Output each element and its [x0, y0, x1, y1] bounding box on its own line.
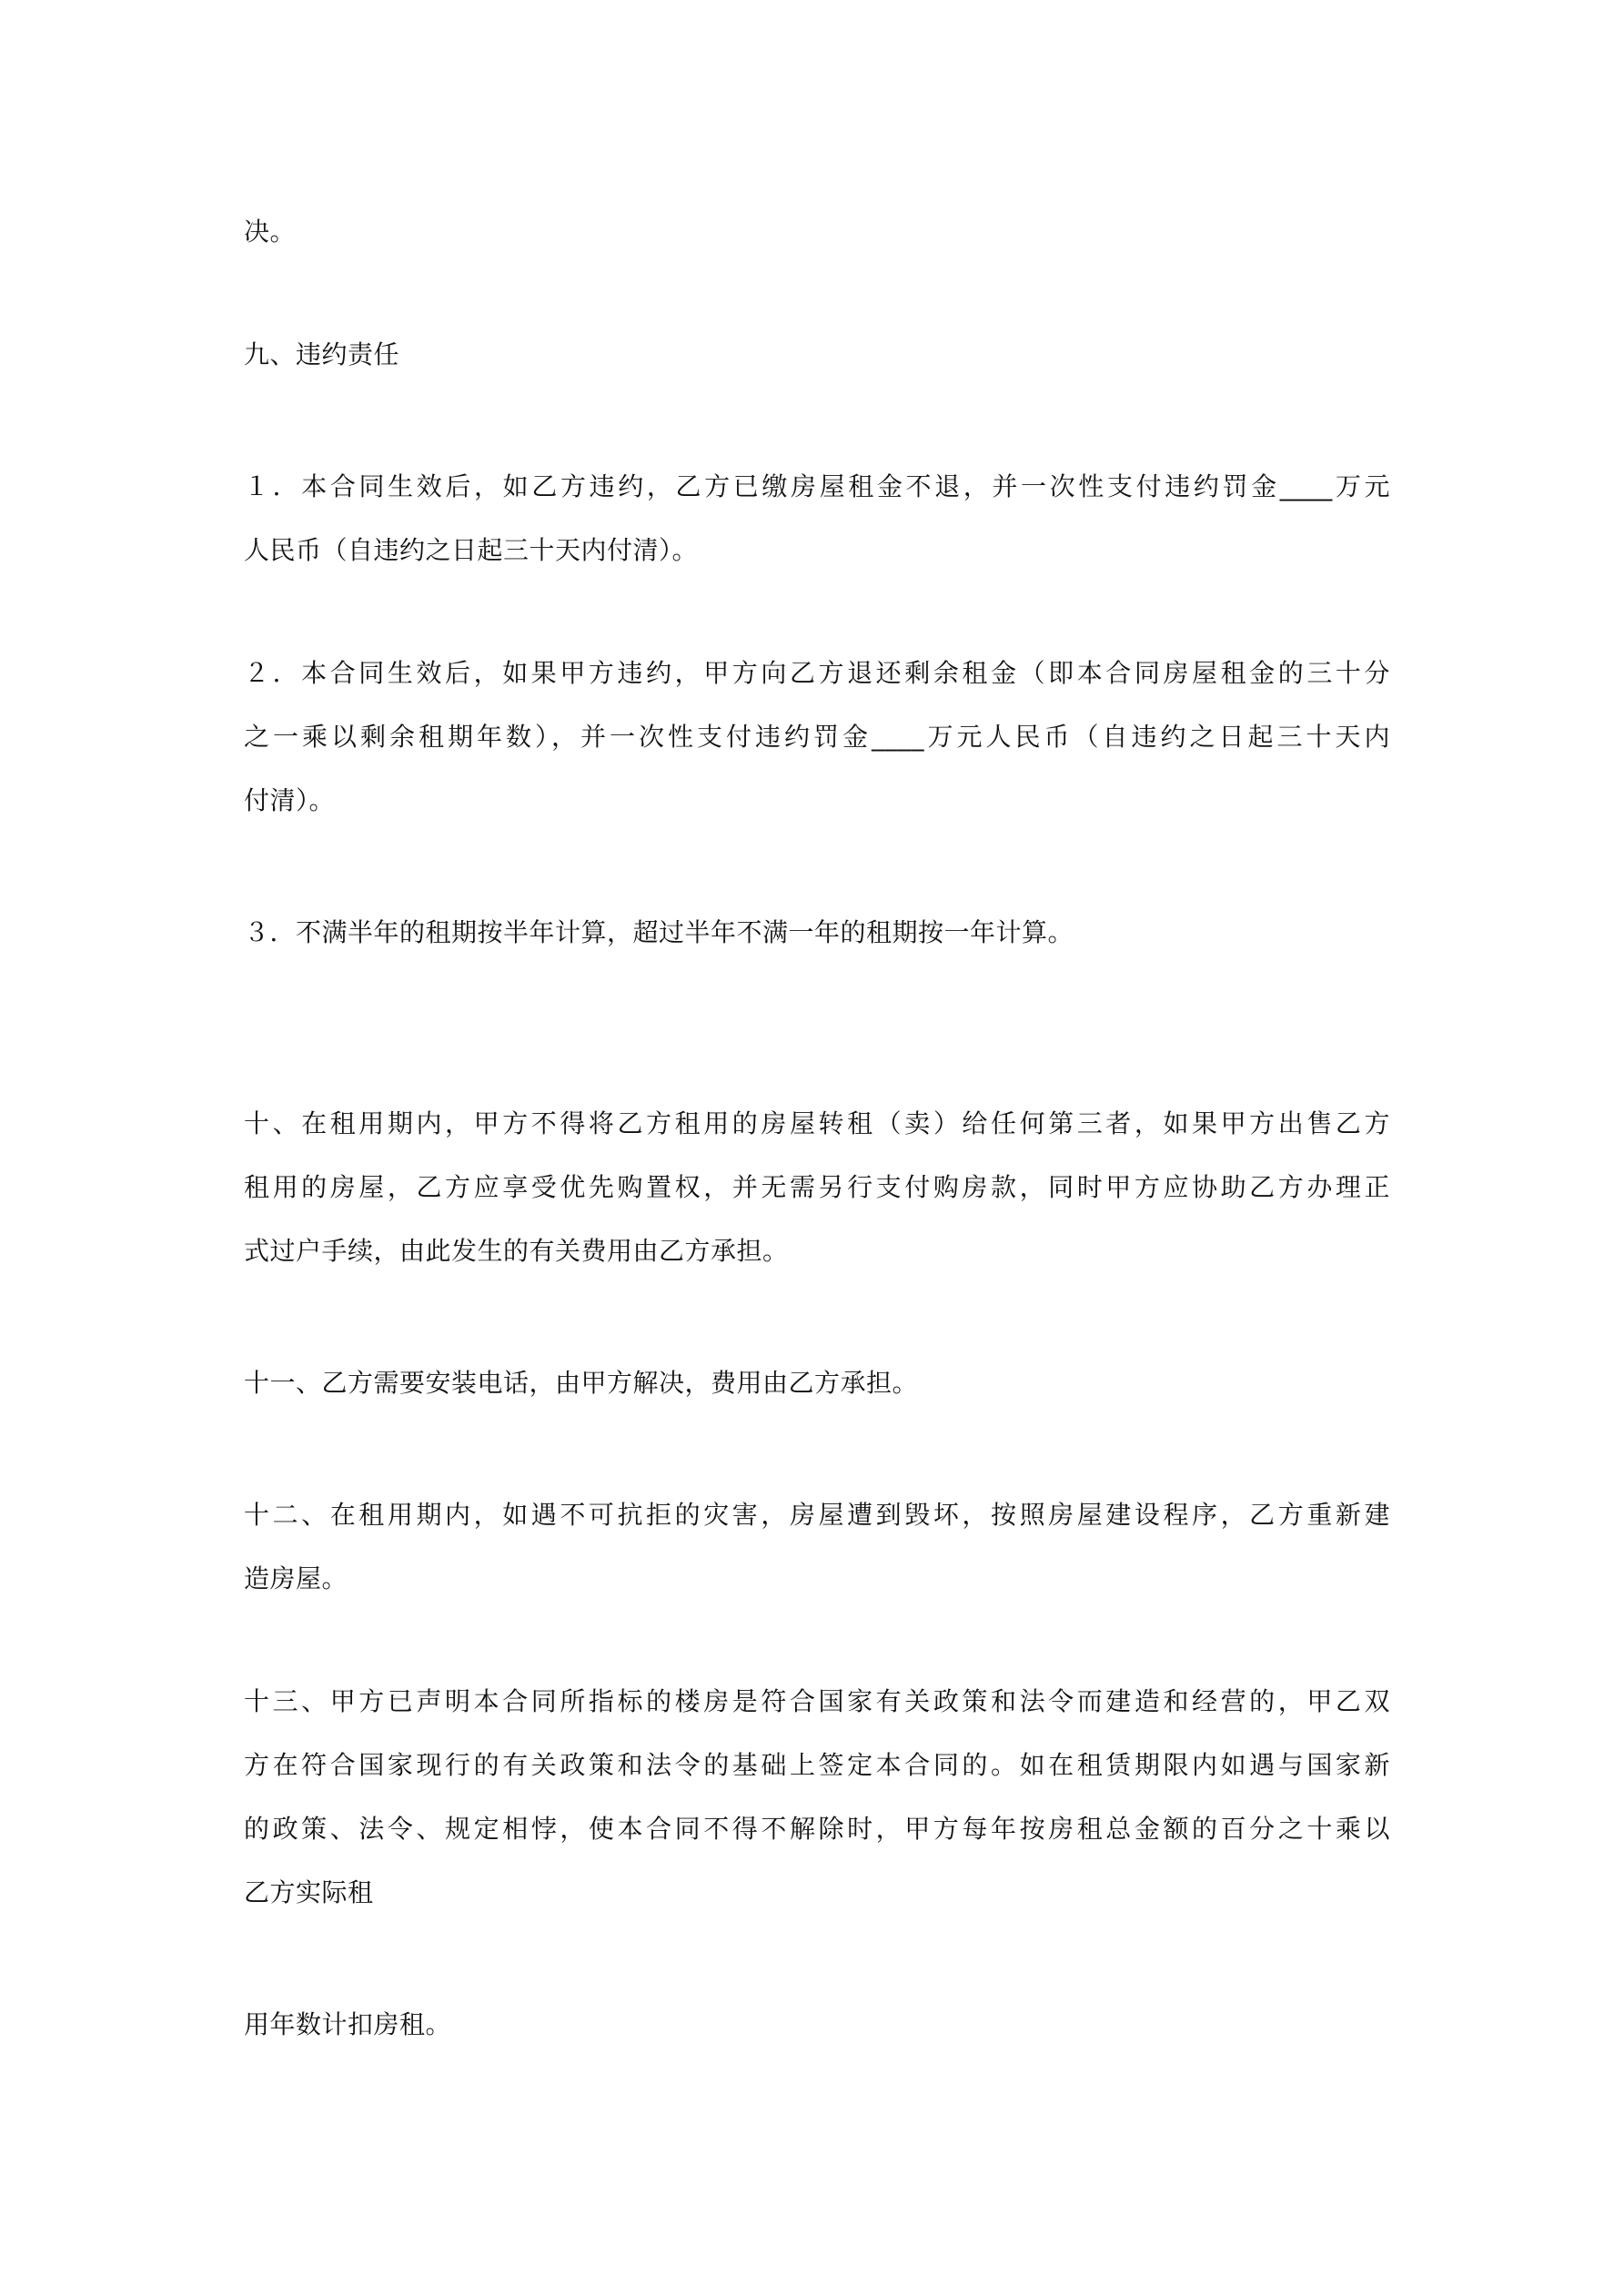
- section-10-line-1: 十、在租用期内，甲方不得将乙方租用的房屋转租（卖）给任何第三者，如果甲方出售乙方: [244, 1108, 1390, 1139]
- section-12-line-1: 十二、在租用期内，如遇不可抗拒的灾害，房屋遭到毁坏，按照房屋建设程序，乙方重新建: [244, 1500, 1390, 1531]
- clause-9-2-line-3: 付清）。: [244, 785, 1390, 816]
- section-10-line-2: 租用的房屋，乙方应享受优先购置权，并无需另行支付购房款，同时甲方应协助乙方办理正: [244, 1172, 1390, 1203]
- section-10-line-3: 式过户手续，由此发生的有关费用由乙方承担。: [244, 1236, 1390, 1267]
- section-13-line-2: 方在符合国家现行的有关政策和法令的基础上签定本合同的。如在租赁期限内如遇与国家新: [244, 1750, 1390, 1781]
- paragraph-fragment-top: 决。: [244, 217, 1390, 248]
- paragraph-fragment-bottom: 用年数计扣房租。: [244, 2009, 1390, 2040]
- section-12-line-2: 造房屋。: [244, 1563, 1390, 1594]
- clause-9-3-line-1: ３．不满半年的租期按半年计算，超过半年不满一年的租期按一年计算。: [244, 917, 1390, 948]
- section-13-line-4: 乙方实际租: [244, 1877, 1390, 1908]
- clause-9-2-line-2: 之一乘以剩余租期年数），并一次性支付违约罚金____万元人民币（自违约之日起三十…: [244, 722, 1390, 753]
- clause-9-1-line-1: １．本合同生效后，如乙方违约，乙方已缴房屋租金不退，并一次性支付违约罚金____…: [244, 471, 1390, 502]
- section-13-line-1: 十三、甲方已声明本合同所指标的楼房是符合国家有关政策和法令而建造和经营的，甲乙双: [244, 1686, 1390, 1717]
- clause-9-1-line-2: 人民币（自违约之日起三十天内付清）。: [244, 535, 1390, 566]
- section-heading-9: 九、违约责任: [244, 339, 1390, 370]
- document-page: 决。 九、违约责任 １．本合同生效后，如乙方违约，乙方已缴房屋租金不退，并一次性…: [0, 0, 1624, 2296]
- clause-9-2-line-1: ２．本合同生效后，如果甲方违约，甲方向乙方退还剩余租金（即本合同房屋租金的三十分: [244, 658, 1390, 689]
- section-13-line-3: 的政策、法令、规定相悖，使本合同不得不解除时，甲方每年按房租总金额的百分之十乘以: [244, 1814, 1390, 1845]
- section-11-line-1: 十一、乙方需要安装电话，由甲方解决，费用由乙方承担。: [244, 1368, 1390, 1399]
